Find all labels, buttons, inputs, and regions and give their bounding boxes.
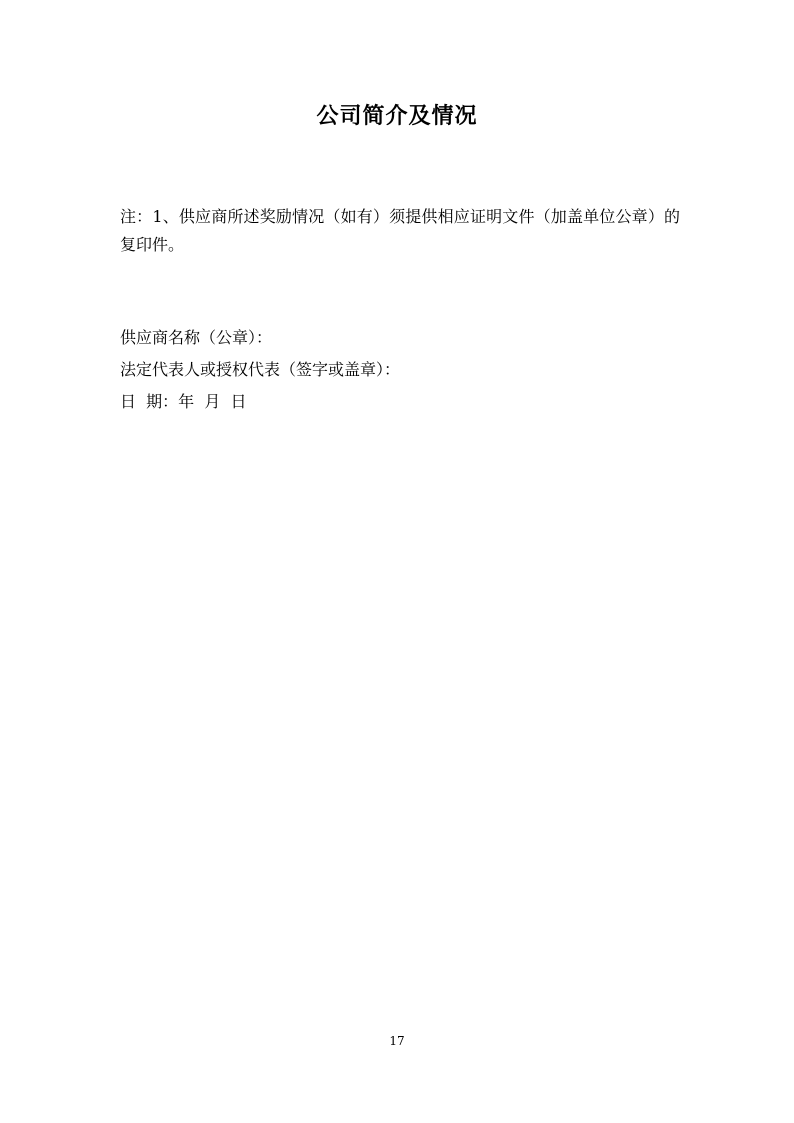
note-line-2: 复印件。 [120,231,680,259]
legal-representative-label: 法定代表人或授权代表（签字或盖章）： [120,354,680,386]
page-title: 公司简介及情况 [0,101,794,131]
note-paragraph: 注：1、供应商所述奖励情况（如有）须提供相应证明文件（加盖单位公章）的 复印件。 [120,203,680,259]
document-page: 公司简介及情况 注：1、供应商所述奖励情况（如有）须提供相应证明文件（加盖单位公… [0,0,794,1123]
supplier-name-label: 供应商名称（公章）： [120,322,680,354]
date-label: 日 期：年 月 日 [120,386,680,418]
signature-block: 供应商名称（公章）： 法定代表人或授权代表（签字或盖章）： 日 期：年 月 日 [120,322,680,418]
page-number: 17 [0,1033,794,1049]
note-line-1: 注：1、供应商所述奖励情况（如有）须提供相应证明文件（加盖单位公章）的 [120,203,680,231]
